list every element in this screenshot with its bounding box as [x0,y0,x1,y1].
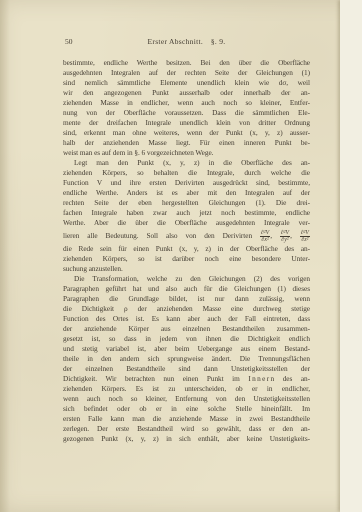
text-line: Legt man den Punkt (x, y, z) in die Ober… [63,158,310,168]
text-line: der einzelnen Bestandtheile sind dann Un… [63,364,310,374]
partial-derivative-fraction: ∂²V∂x² [260,230,270,244]
text-line: bestimmte, endliche Werthe besitzen. Bei… [63,58,310,68]
text-line: Paragraphen geführt hat und also auch fü… [63,284,310,294]
text-line: ziehenden Körpers. Es ist zu unterscheid… [63,384,310,394]
partial-derivative-fraction: ∂²V∂z² [300,230,310,244]
text-line: und stetig variabel ist, aber beim Ueber… [63,344,310,354]
text-line: fachen Integrale haben zwar auch jetzt n… [63,208,310,218]
text-block: bestimmte, endliche Werthe besitzen. Bei… [63,58,310,444]
text-line: Dichtigkeit. Wir betrachten nun einen Pu… [63,374,310,384]
text-line: ausgedehnten Integralen auf der rechten … [63,68,310,78]
running-header: 50 Erster Abschnitt. §. 9. [63,37,310,46]
text-line: der anziehende Körper aus einzelnen Best… [63,324,310,334]
partial-derivative-fraction: ∂²V∂y² [280,230,290,244]
text-line: wenn auch noch so kleiner, Entfernung vo… [63,394,310,404]
text-line: theile in den andern sich sprungweise än… [63,354,310,364]
text-line: zerlegen. Der erste Bestandtheil wird so… [63,424,310,434]
text-line: Function V und ihre ersten Derivirten au… [63,178,310,188]
text-line: halb der anziehenden Masse liegt. Für ei… [63,138,310,148]
text-line: Paragraphen die Grundlage bildet, ist nu… [63,294,310,304]
text-line: wir den angezogenen Punkt ausserhalb ode… [63,88,310,98]
left-edge-shadow [0,0,10,512]
text-line: ziehenden Körpers, so ist darüber noch e… [63,254,310,264]
book-page: 50 Erster Abschnitt. §. 9. bestimmte, en… [0,0,362,512]
text-line: suchung anzustellen. [63,264,310,274]
text-line: Die Transformation, welche zu den Gleich… [63,274,310,284]
text-line: nung von der Oberfläche voraussetzen. Da… [63,108,310,118]
text-line: die Rede sein für einen Punkt (x, y, z) … [63,244,310,254]
text-line: die Dichtigkeit ρ der anziehenden Masse … [63,304,310,314]
text-line: mente der dreifachen Integrale unendlich… [63,118,310,128]
text-line: ersten Falle kann man die anziehende Mas… [63,414,310,424]
text-line: weist man es auf dem in §. 6 vorgezeichn… [63,148,310,158]
text-line: endliche Werthe. Anders ist es aber mit … [63,188,310,198]
text-line: gezogenen Punkt (x, y, z) in sich enthäl… [63,434,310,444]
text-line: rechten Seite der eben hergestellten Gle… [63,198,310,208]
page-edge-highlight [340,0,362,512]
text-line: ziehenden Körpers, so behalten die Integ… [63,168,310,178]
text-line: sind, erkennt man ohne weiteres, wenn de… [63,128,310,138]
text-line: gesetzt ist, so dass in jedem von ihnen … [63,334,310,344]
text-line: sich befindet oder ob er in eine solche … [63,404,310,414]
page-number: 50 [65,37,73,46]
text-line: ziehenden Masse in endlicher, wenn auch … [63,98,310,108]
text-line: Werthe. Aber die über die Oberfläche aus… [63,218,310,228]
text-line: sind nemlich sämmtliche Elemente unendli… [63,78,310,88]
header-title: Erster Abschnitt. §. 9. [63,37,310,46]
text-line: lieren alle Bedeutung. Soll also von den… [63,228,310,244]
text-line: Function des Ortes ist. Es kann aber auc… [63,314,310,324]
